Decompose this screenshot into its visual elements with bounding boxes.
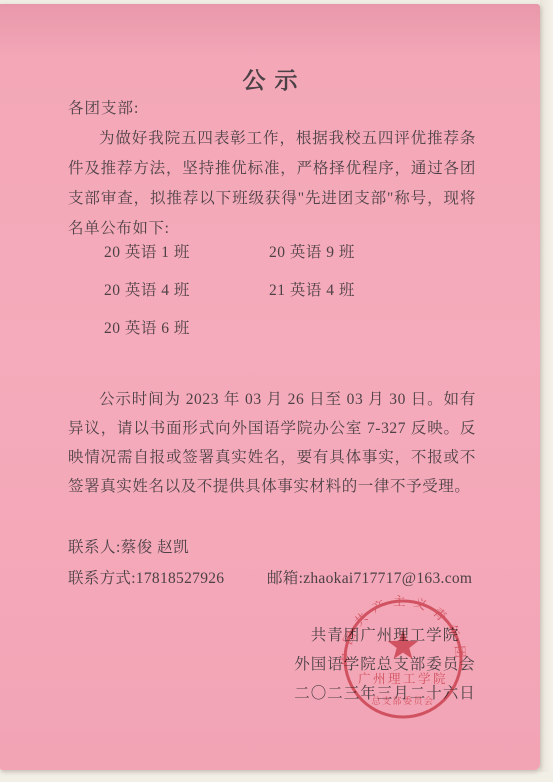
scanned-notice-screenshot: { "page": { "title": "公示", "salutation":… — [0, 0, 553, 782]
body-paragraph-1: 为做好我院五四表彰工作，根据我校五四评优推荐条件及推荐方法，坚持推优标准，严格择… — [68, 124, 476, 244]
list-item: 21 英语 4 班 — [269, 278, 464, 300]
notice-page: 公示 各团支部: 为做好我院五四表彰工作，根据我校五四评优推荐条件及推荐方法，坚… — [0, 4, 540, 770]
list-item: 20 英语 6 班 — [104, 316, 269, 338]
signature-date: 二〇二三年三月二十六日 — [280, 679, 490, 708]
awarded-class-list: 20 英语 1 班 20 英语 9 班 20 英语 4 班 21 英语 4 班 … — [104, 240, 464, 338]
scan-background-right-edge — [540, 0, 553, 782]
contact-person: 联系人:蔡俊 赵凯 — [68, 535, 189, 557]
contact-phone: 联系方式:17818527926 — [68, 570, 224, 587]
scan-background-bottom-edge — [0, 772, 553, 782]
salutation: 各团支部: — [68, 96, 139, 118]
signature-org-line2: 外国语学院总支部委员会 — [280, 650, 490, 679]
list-item: 20 英语 1 班 — [104, 240, 269, 262]
body-paragraph-2: 公示时间为 2023 年 03 月 26 日至 03 月 30 日。如有异议，请… — [68, 385, 476, 501]
signature-org-line1: 共青团广州理工学院 — [280, 621, 490, 650]
list-item — [269, 316, 464, 338]
list-item: 20 英语 4 班 — [104, 278, 269, 300]
page-title: 公示 — [0, 62, 540, 95]
list-item: 20 英语 9 班 — [269, 240, 464, 262]
contact-email: 邮箱:zhaokai717717@163.com — [267, 566, 472, 588]
contact-row: 联系方式:17818527926 邮箱:zhaokai717717@163.co… — [68, 566, 488, 588]
signature-block: 共青团广州理工学院 外国语学院总支部委员会 二〇二三年三月二十六日 — [280, 621, 490, 708]
